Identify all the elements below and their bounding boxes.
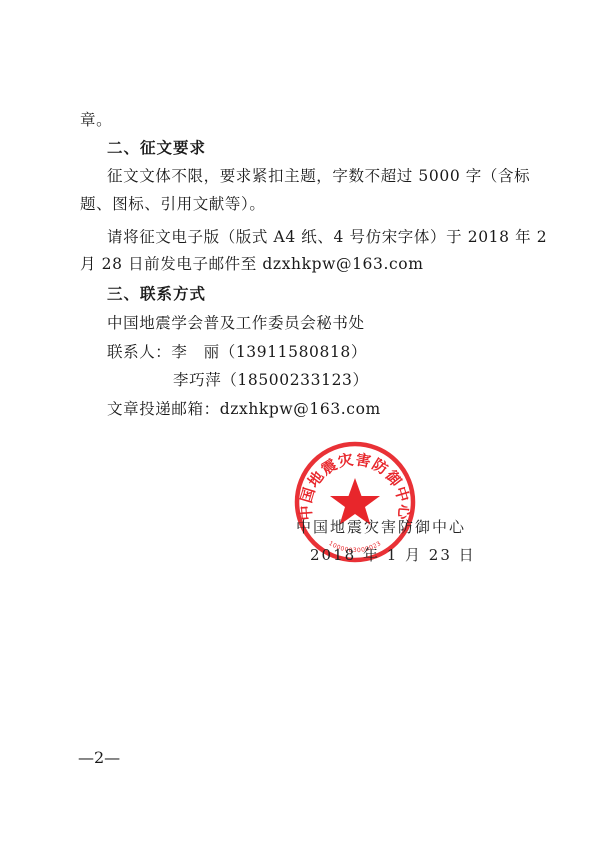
contact-email-line: 文章投递邮箱：dzxhkpw@163.com	[107, 399, 381, 419]
contact-name: 李 丽	[171, 343, 219, 361]
signature-date: 2018 年 1 月 23 日	[310, 545, 476, 565]
contact-person-1: 联系人：李 丽（13911580818）	[107, 342, 367, 362]
paragraph-requirements-line1: 征文文体不限，要求紧扣主题，字数不超过 5000 字（含标	[107, 166, 530, 186]
paragraph-requirements-line2: 题、图标、引用文献等）。	[80, 194, 265, 214]
email-address: dzxhkpw@163.com	[220, 400, 381, 418]
page-number: —2—	[78, 748, 120, 767]
section-heading-contact: 三、联系方式	[107, 284, 206, 304]
paragraph-submission-line2: 月 28 日前发电子邮件至 dzxhkpw@163.com	[80, 254, 424, 274]
contact-label: 联系人：	[107, 343, 171, 361]
contact-name: 李巧萍	[173, 371, 221, 389]
contact-phone: （18500233123）	[221, 371, 368, 389]
paragraph-submission-line1: 请将征文电子版（版式 A4 纸、4 号仿宋字体）于 2018 年 2	[107, 227, 547, 247]
section-heading-requirements: 二、征文要求	[107, 138, 206, 158]
signature-org: 中国地震灾害防御中心	[296, 517, 466, 537]
contact-person-2: 李巧萍（18500233123）	[173, 370, 369, 390]
contact-phone: （13911580818）	[220, 343, 367, 361]
contact-org: 中国地震学会普及工作委员会秘书处	[107, 313, 365, 333]
email-label: 文章投递邮箱：	[107, 400, 220, 418]
carry-over-text: 章。	[80, 110, 112, 130]
